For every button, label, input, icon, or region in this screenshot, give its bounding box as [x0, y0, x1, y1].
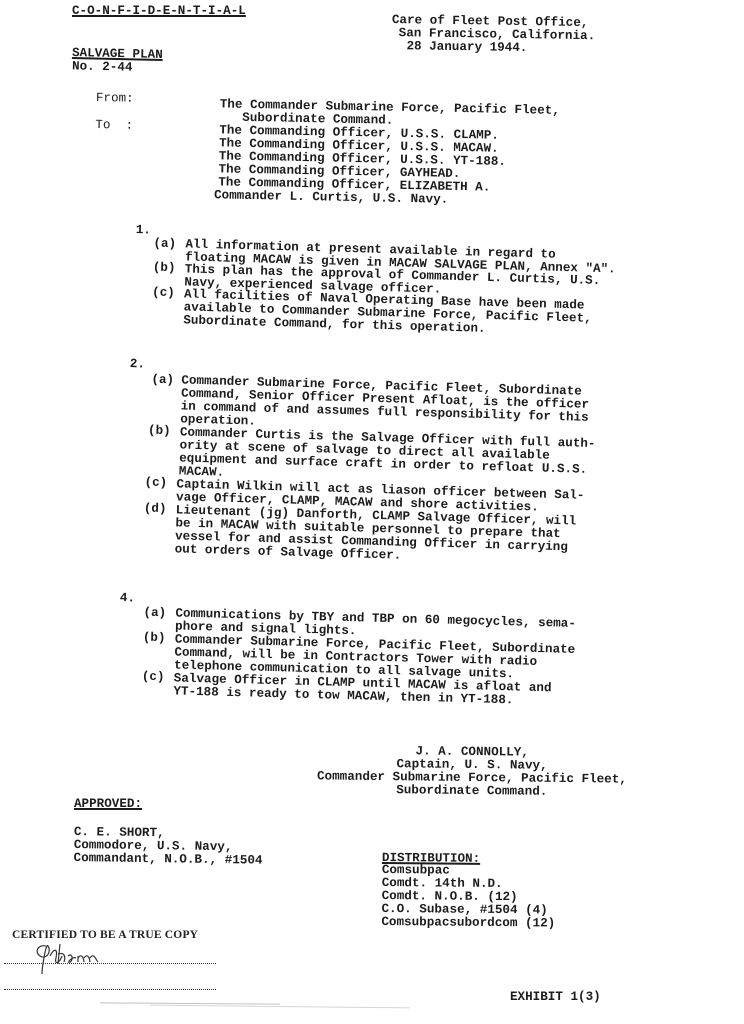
- exhibit-label: EXHIBIT 1(3): [510, 991, 601, 1004]
- handwritten-signature-icon: [28, 938, 128, 978]
- plan-number: No. 2-44: [72, 60, 133, 74]
- signature-line: [4, 989, 216, 990]
- item-label: (a): [151, 374, 174, 388]
- section-number: 4.: [120, 592, 135, 605]
- item-label: (b): [143, 632, 166, 646]
- classification-marking: C-O-N-F-I-D-E-N-T-I-A-L: [72, 5, 246, 18]
- section-number: 1.: [136, 224, 151, 237]
- item-label: (d): [144, 502, 167, 516]
- approver-title: Commandant, N.O.B., #1504: [73, 852, 262, 868]
- approved-heading: APPROVED:: [74, 798, 142, 811]
- signature-block: J. A. CONNOLLY, Captain, U. S. Navy, Com…: [282, 744, 663, 800]
- item-label: (a): [143, 607, 166, 621]
- item-label: (c): [152, 286, 175, 300]
- distribution-item: Comsubpacsubordcom (12): [381, 916, 555, 931]
- scan-artifact: [150, 1005, 410, 1009]
- signer-command: Subordinate Command.: [282, 783, 662, 800]
- from-label: From:: [96, 92, 134, 106]
- to-line: Commander L. Curtis, U.S. Navy.: [214, 189, 449, 206]
- to-label: To :: [95, 119, 133, 133]
- item-label: (b): [148, 425, 171, 439]
- document-date: 28 January 1944.: [406, 40, 527, 55]
- item-label: (b): [153, 261, 176, 275]
- section-number: 2.: [130, 358, 145, 371]
- item-label: (c): [144, 476, 167, 490]
- item-label: (a): [153, 237, 176, 251]
- item-label: (c): [142, 671, 165, 685]
